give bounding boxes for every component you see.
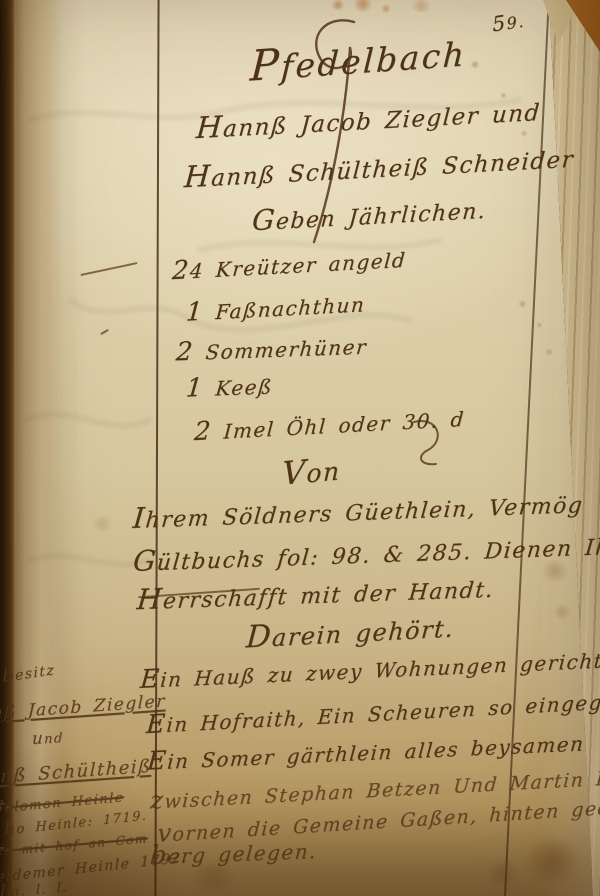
page-number: 59. <box>491 7 525 36</box>
dues-line-4: 1 Keeß <box>185 370 275 403</box>
manuscript-photo: 59. Pfedelbach Hannß Jacob Ziegler und H… <box>0 0 600 896</box>
margin-joiner: und <box>32 727 65 748</box>
from-word: Von <box>281 449 341 492</box>
